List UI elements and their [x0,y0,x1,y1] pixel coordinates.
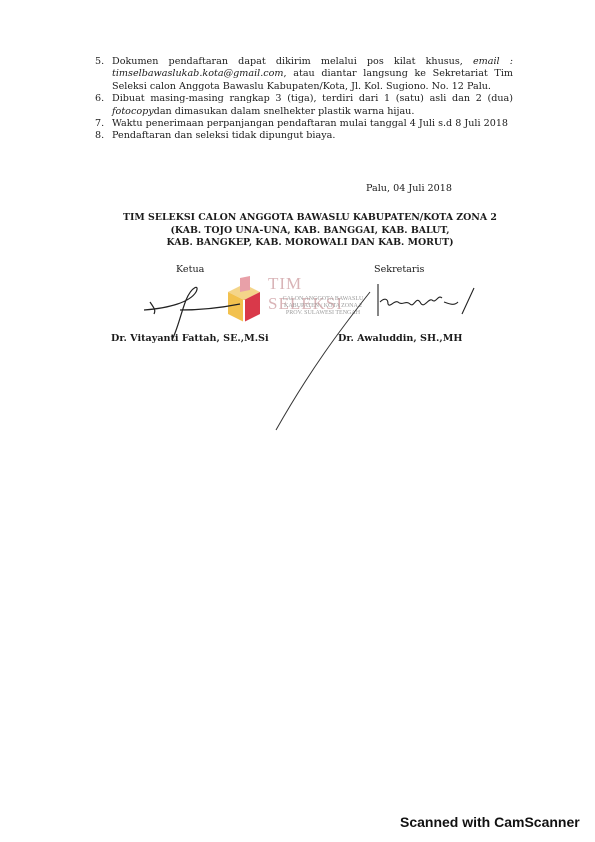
list-number: 7. [95,118,112,130]
email-link[interactable]: timselbawaslukab.kota@gmail.com [112,68,284,79]
camscanner-watermark: Scanned with CamScanner [400,814,580,830]
chair-name: Dr. Vitayanti Fattah, SE.,M.Si [111,333,269,344]
list-text: Dokumen pendaftaran dapat dikirim melalu… [112,56,513,93]
secretary-signature [370,280,480,340]
document-page: 5. Dokumen pendaftaran dapat dikirim mel… [0,0,595,842]
organization-heading: TIM SELEKSI CALON ANGGOTA BAWASLU KABUPA… [100,212,520,250]
list-number: 6. [95,93,112,118]
list-item: 8. Pendaftaran dan seleksi tidak dipungu… [95,130,513,142]
list-text: Waktu penerimaan perpanjangan pendaftara… [112,118,513,130]
secretary-name: Dr. Awaluddin, SH.,MH [338,333,462,344]
list-text: Dibuat masing-masing rangkap 3 (tiga), t… [112,93,513,118]
stamp-stroke [270,290,380,440]
list-number: 8. [95,130,112,142]
chair-role: Ketua [176,264,204,275]
list-number: 5. [95,56,112,93]
list-text: Pendaftaran dan seleksi tidak dipungut b… [112,130,513,142]
list-item: 6. Dibuat masing-masing rangkap 3 (tiga)… [95,93,513,118]
place-date: Palu, 04 Juli 2018 [366,183,452,194]
list-item: 7. Waktu penerimaan perpanjangan pendaft… [95,118,513,130]
requirements-list: 5. Dokumen pendaftaran dapat dikirim mel… [95,56,513,143]
list-item: 5. Dokumen pendaftaran dapat dikirim mel… [95,56,513,93]
